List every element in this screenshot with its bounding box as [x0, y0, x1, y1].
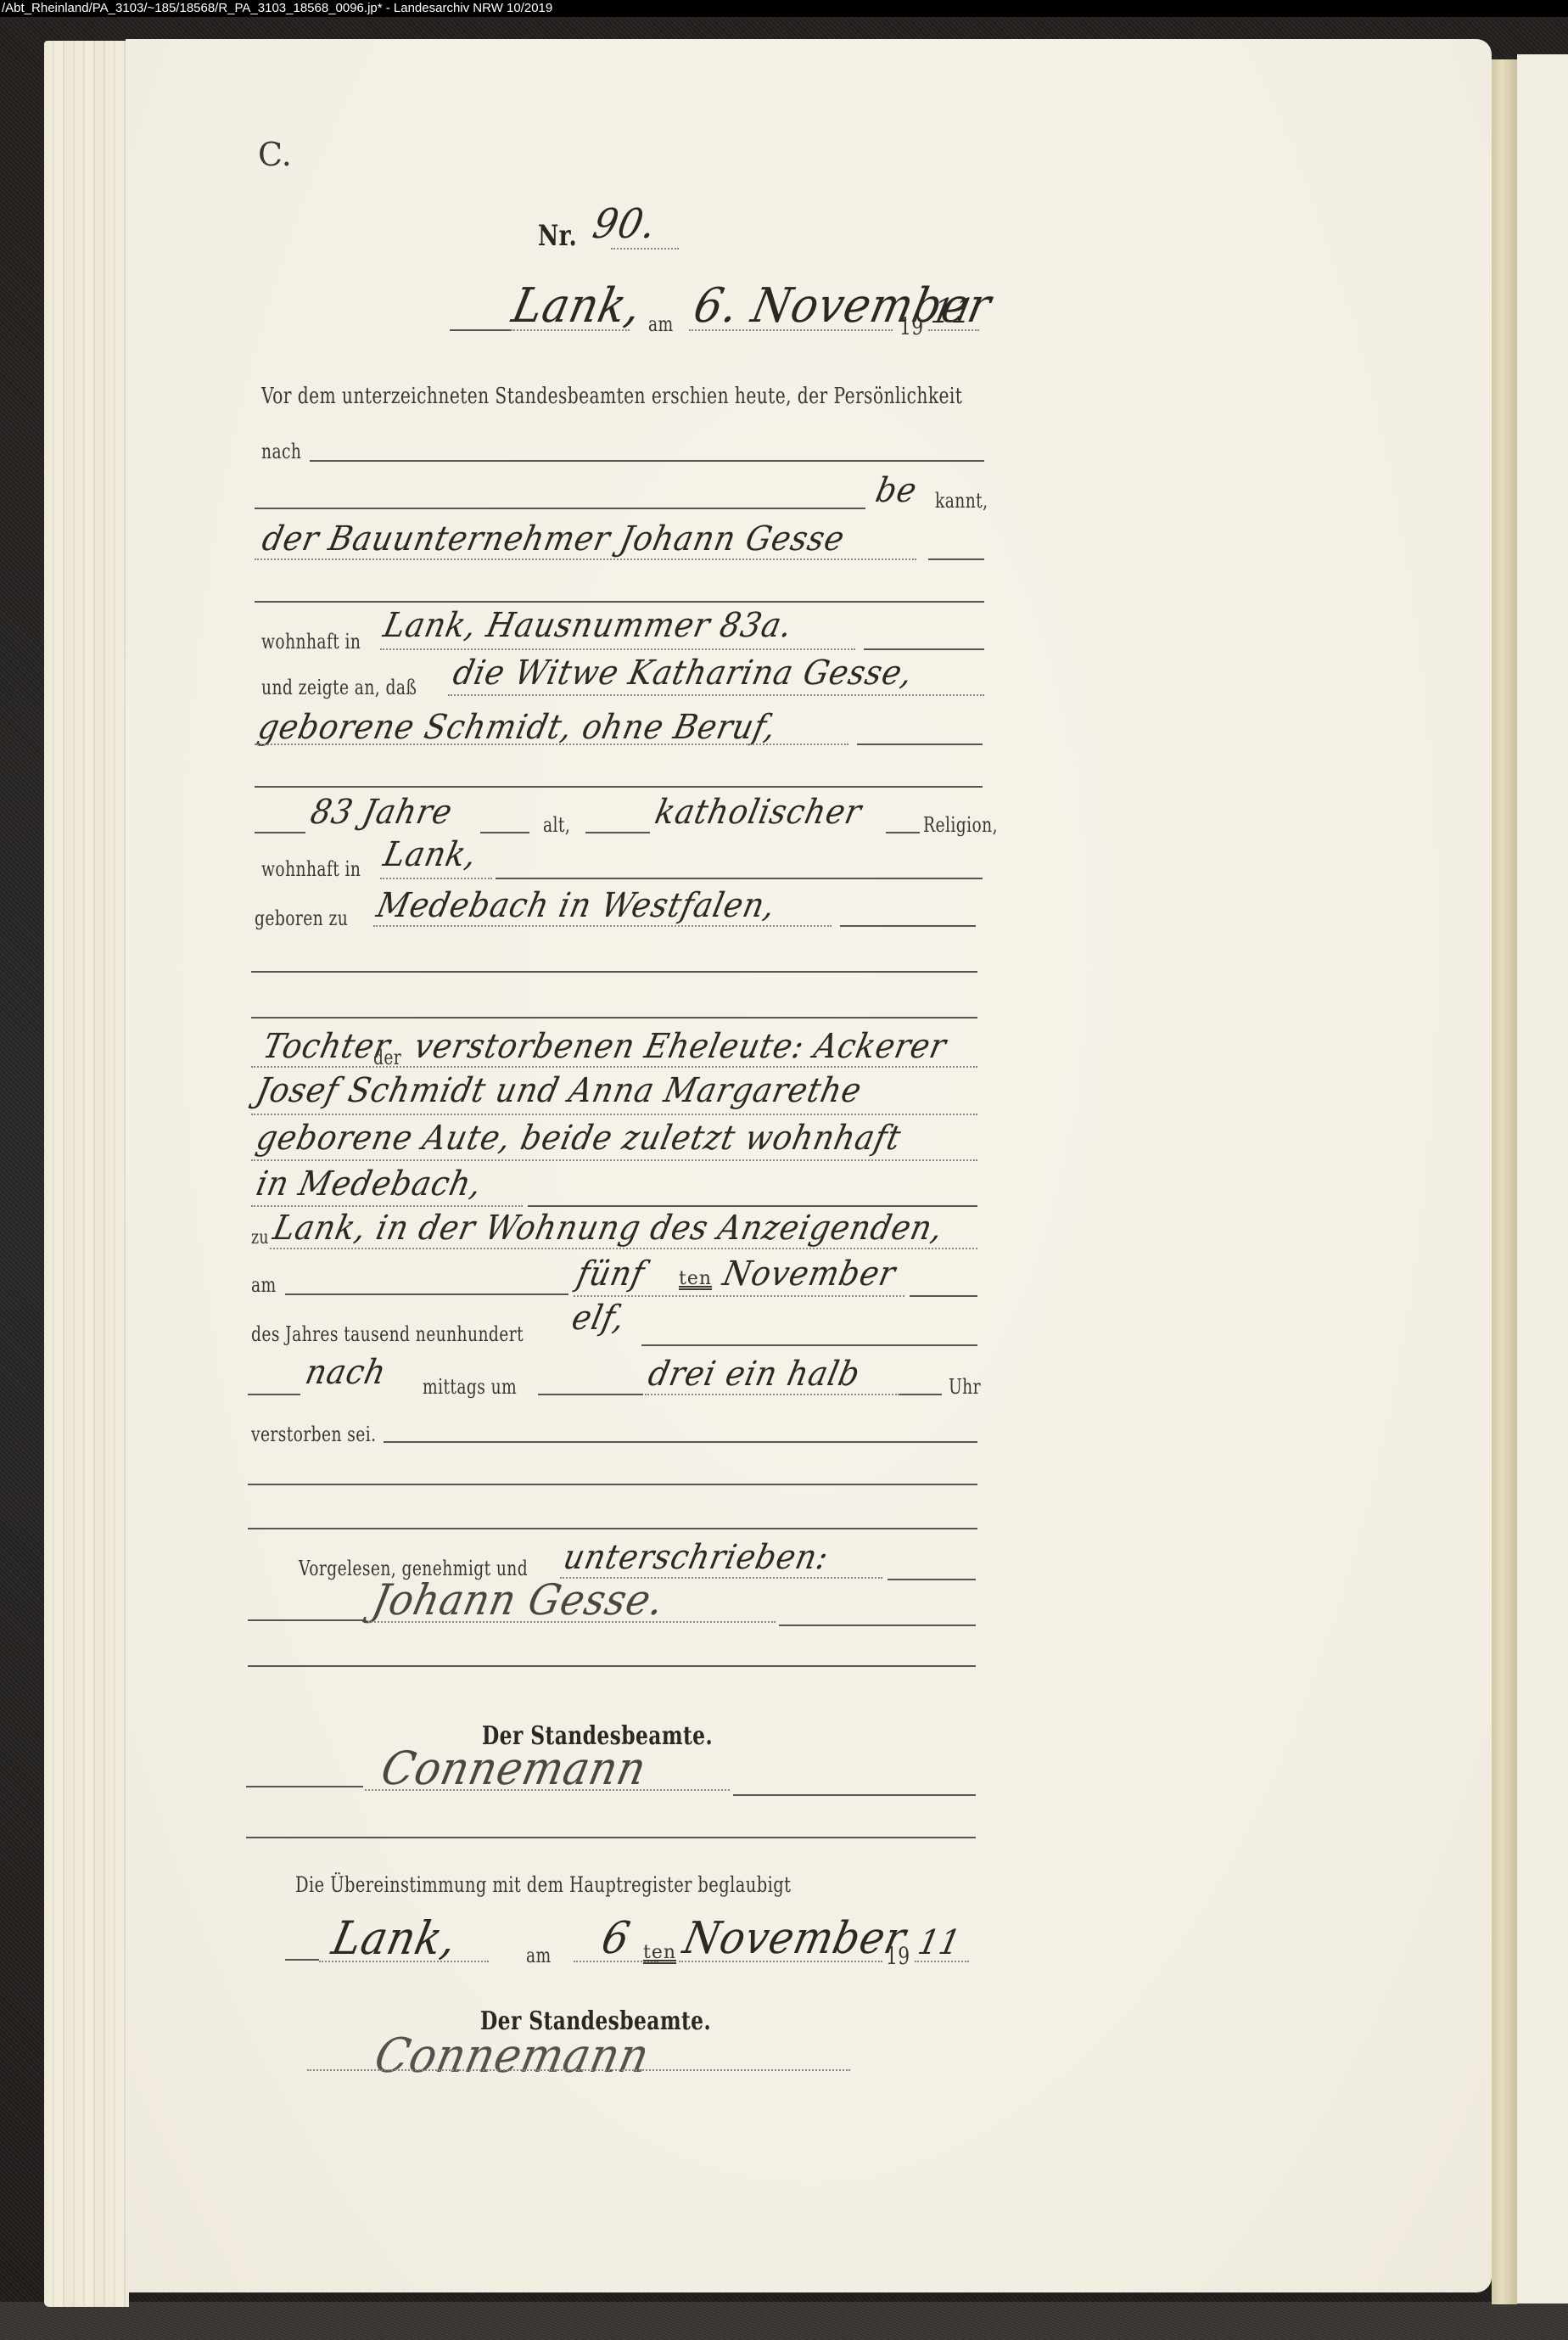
cert-year-suffix: 11	[915, 1923, 964, 1962]
cert-month-dots	[679, 1961, 882, 1962]
zu-label: zu	[251, 1227, 269, 1249]
deceased-line-2-rule	[857, 744, 983, 745]
deceased-line-1-dots	[448, 694, 984, 696]
blank-rule-3	[251, 971, 977, 973]
religion-rule-right	[886, 832, 920, 833]
header-place: Lank,	[507, 278, 647, 334]
time-rule-right	[899, 1394, 942, 1395]
number-dotted-line	[611, 248, 679, 250]
deceased-line-2: geborene Schmidt, ohne Beruf,	[255, 708, 780, 747]
deceased-line-1: die Witwe Katharina Gesse,	[450, 654, 916, 693]
birthplace-rule	[840, 925, 976, 927]
geboren-label: geboren zu	[255, 906, 348, 930]
window-title: /Abt_Rheinland/PA_3103/~185/18568/R_PA_3…	[0, 0, 1568, 17]
informant-signature-rule-left	[248, 1619, 365, 1621]
header-rule	[450, 329, 511, 331]
death-day: fünf	[574, 1254, 648, 1293]
cert-month: November	[679, 1913, 910, 1964]
certification-line: Die Übereinstimmung mit dem Hauptregiste…	[295, 1872, 791, 1897]
informant-rule	[928, 558, 984, 560]
cert-place-dots	[319, 1961, 489, 1962]
record-number: 90.	[589, 200, 661, 248]
registrar-dots	[365, 1789, 730, 1791]
parents-line-2-dots	[251, 1114, 977, 1115]
alt-label: alt,	[543, 813, 570, 837]
unterschrieben: unterschrieben:	[560, 1538, 832, 1577]
religion-label: Religion,	[923, 813, 998, 837]
death-place-dots	[270, 1248, 977, 1249]
time-rule-mid	[538, 1394, 643, 1395]
informant-signature: Johann Gesse.	[368, 1575, 669, 1625]
zeigte-label: und zeigte an, daß	[261, 676, 417, 699]
parents-line-1-dots	[251, 1066, 977, 1068]
parents-line-4-dots	[251, 1205, 523, 1207]
book-cover-edge	[0, 2302, 1568, 2340]
religion-value: katholischer	[652, 793, 865, 832]
blank-rule-8	[246, 1837, 976, 1838]
cert-am-label: am	[526, 1944, 552, 1967]
header-year-dots	[928, 329, 979, 331]
header-date-dots	[689, 329, 893, 331]
informant-residence-dots	[380, 648, 855, 650]
informant-name: der Bauunternehmer Johann Gesse	[259, 519, 848, 558]
nach-label: nach	[261, 440, 301, 463]
time-prefix: nach	[302, 1353, 389, 1392]
deceased-residence-dots	[380, 878, 492, 879]
informant-dots	[255, 558, 916, 560]
series-letter: C.	[258, 136, 292, 173]
number-label: Nr.	[538, 219, 577, 253]
deceased-line-2-dots	[255, 744, 848, 745]
facing-page	[1517, 54, 1568, 2304]
informant-wohnhaft-label: wohnhaft in	[261, 630, 361, 654]
death-time-dots	[645, 1394, 899, 1395]
age-rule-left	[255, 832, 305, 833]
parents-line-4: in Medebach,	[253, 1164, 485, 1204]
cert-day-suffix: ten	[643, 1942, 676, 1963]
header-place-dots	[511, 329, 630, 331]
nach-rule	[310, 460, 984, 462]
parents-line-4-rule	[528, 1205, 977, 1207]
cert-registrar-signature: Connemann	[370, 2029, 654, 2084]
cert-registrar-dots	[307, 2069, 850, 2071]
informant-signature-dots	[368, 1621, 776, 1623]
verstorben-rule	[384, 1441, 977, 1443]
parents-line-3-dots	[251, 1159, 977, 1161]
death-date-rule-right	[910, 1295, 977, 1297]
blank-rule-4	[251, 1017, 977, 1018]
deceased-wohnhaft-label: wohnhaft in	[261, 857, 361, 881]
bekannt-rule	[255, 508, 865, 509]
death-day-suffix: ten	[679, 1268, 712, 1289]
death-place: Lank, in der Wohnung des Anzeigenden,	[270, 1209, 947, 1248]
birthplace-dots	[373, 925, 832, 927]
bekannt-print: kannt,	[935, 489, 988, 513]
vorgelesen-rule	[888, 1579, 976, 1580]
header-year-suffix: 11	[928, 292, 977, 331]
registrar-signature: Connemann	[377, 1742, 652, 1795]
registrar-rule-right	[733, 1794, 976, 1796]
death-time: drei ein halb	[645, 1355, 864, 1394]
death-date-dots	[574, 1295, 904, 1297]
header-year-prefix: 19	[899, 312, 924, 340]
informant-signature-rule-right	[779, 1625, 976, 1626]
blank-rule-1	[255, 601, 984, 603]
page-edges	[44, 41, 129, 2307]
parents-line-2: Josef Schmidt und Anna Margarethe	[253, 1071, 865, 1110]
time-rule-left	[248, 1394, 300, 1395]
death-date-rule-left	[285, 1293, 568, 1295]
year-label: des Jahres tausend neunhundert	[251, 1322, 524, 1346]
deceased-residence-rule	[496, 878, 983, 879]
header-am-label: am	[648, 312, 674, 336]
cert-year-dots	[915, 1961, 969, 1962]
mittags-label: mittags um	[423, 1375, 517, 1399]
verstorben-label: verstorben sei.	[251, 1423, 376, 1446]
blank-rule-6	[248, 1528, 977, 1529]
registrar-rule-left	[246, 1786, 363, 1787]
informant-residence-rule	[864, 648, 984, 650]
blank-rule-7	[248, 1665, 976, 1667]
blank-rule-2	[255, 786, 983, 788]
parents-line-3: geborene Aute, beide zuletzt wohnhaft	[253, 1119, 904, 1158]
parents-line-1-b: verstorbenen Eheleute: Ackerer	[411, 1027, 950, 1066]
cert-rule-left	[285, 1959, 319, 1961]
birthplace: Medebach in Westfalen,	[373, 886, 779, 925]
bekannt-hand: be	[872, 471, 921, 510]
blank-rule-5	[248, 1484, 977, 1485]
death-month: November	[720, 1254, 899, 1293]
intro-line: Vor dem unterzeichneten Standesbeamten e…	[261, 384, 962, 409]
uhr-label: Uhr	[949, 1375, 981, 1399]
death-am-label: am	[251, 1273, 277, 1297]
cert-place: Lank,	[328, 1911, 462, 1965]
informant-residence: Lank, Hausnummer 83a.	[380, 606, 796, 645]
age-rule-right	[480, 832, 529, 833]
cert-year-prefix: 19	[886, 1942, 910, 1970]
deceased-residence: Lank,	[380, 835, 480, 874]
book-gutter	[1492, 59, 1517, 2304]
death-year-word: elf,	[568, 1299, 629, 1338]
religion-rule-left	[585, 832, 650, 833]
age-value: 83 Jahre	[307, 793, 456, 832]
death-year-rule	[641, 1344, 977, 1346]
